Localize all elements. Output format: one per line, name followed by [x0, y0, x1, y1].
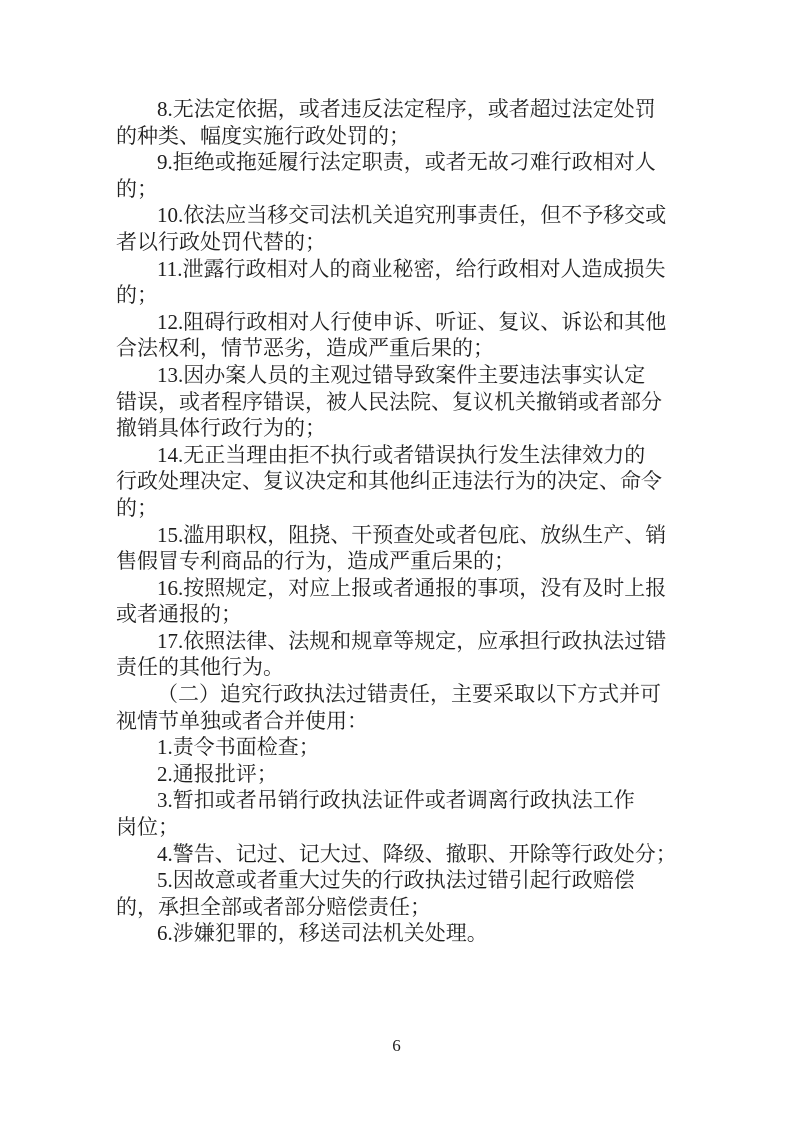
text-line: 13.因办案人员的主观过错导致案件主要违法事实认定 — [116, 362, 694, 389]
text-line: 10.依法应当移交司法机关追究刑事责任，但不予移交或 — [116, 202, 694, 229]
text-line: 14.无正当理由拒不执行或者错误执行发生法律效力的 — [116, 442, 694, 469]
text-line: 15.滥用职权，阻挠、干预查处或者包庇、放纵生产、销 — [116, 522, 694, 549]
text-line: 3.暂扣或者吊销行政执法证件或者调离行政执法工作 — [116, 787, 694, 814]
text-line: 的； — [116, 176, 694, 203]
text-line: 17.依照法律、法规和规章等规定，应承担行政执法过错 — [116, 628, 694, 655]
text-line: 6.涉嫌犯罪的，移送司法机关处理。 — [116, 920, 694, 947]
text-line: 岗位； — [116, 814, 694, 841]
text-line: 的； — [116, 495, 694, 522]
text-line: 16.按照规定，对应上报或者通报的事项，没有及时上报 — [116, 575, 694, 602]
text-line: 9.拒绝或拖延履行法定职责，或者无故刁难行政相对人 — [116, 149, 694, 176]
text-line: 的种类、幅度实施行政处罚的； — [116, 123, 694, 150]
document-page: 8.无法定依据，或者违反法定程序，或者超过法定处罚的种类、幅度实施行政处罚的；9… — [0, 0, 793, 1122]
text-line: 1.责令书面检查； — [116, 734, 694, 761]
text-line: 责任的其他行为。 — [116, 654, 694, 681]
text-line: 8.无法定依据，或者违反法定程序，或者超过法定处罚 — [116, 96, 694, 123]
text-line: 11.泄露行政相对人的商业秘密，给行政相对人造成损失 — [116, 256, 694, 283]
text-line: 或者通报的； — [116, 601, 694, 628]
text-line: 的； — [116, 282, 694, 309]
text-line: 的，承担全部或者部分赔偿责任； — [116, 894, 694, 921]
text-line: 撤销具体行政行为的； — [116, 415, 694, 442]
text-line: 12.阻碍行政相对人行使申诉、听证、复议、诉讼和其他 — [116, 309, 694, 336]
text-line: 行政处理决定、复议决定和其他纠正违法行为的决定、命令 — [116, 468, 694, 495]
document-body: 8.无法定依据，或者违反法定程序，或者超过法定处罚的种类、幅度实施行政处罚的；9… — [116, 96, 694, 947]
text-line: （二）追究行政执法过错责任，主要采取以下方式并可 — [116, 681, 694, 708]
text-line: 5.因故意或者重大过失的行政执法过错引起行政赔偿 — [116, 867, 694, 894]
text-line: 4.警告、记过、记大过、降级、撤职、开除等行政处分； — [116, 841, 694, 868]
text-line: 售假冒专利商品的行为，造成严重后果的； — [116, 548, 694, 575]
text-line: 2.通报批评； — [116, 761, 694, 788]
text-line: 者以行政处罚代替的； — [116, 229, 694, 256]
text-line: 合法权利，情节恶劣，造成严重后果的； — [116, 335, 694, 362]
page-number: 6 — [0, 1036, 793, 1056]
text-line: 错误，或者程序错误，被人民法院、复议机关撤销或者部分 — [116, 389, 694, 416]
text-line: 视情节单独或者合并使用： — [116, 708, 694, 735]
